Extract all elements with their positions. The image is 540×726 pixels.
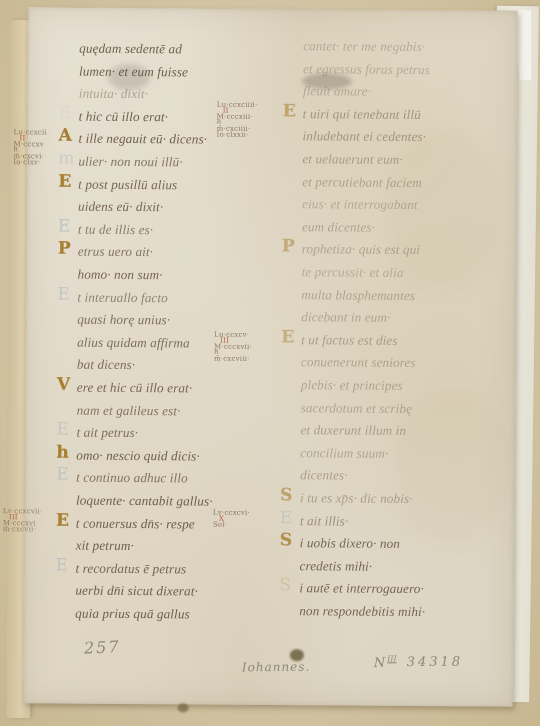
text-column-right: cantet· ter me negabis·et egressus foras… xyxy=(283,38,498,40)
text-line: homo· nescio quid dicis· xyxy=(56,447,200,470)
line-text: ulier· non noui illū· xyxy=(78,154,182,171)
line-text: etrus uero ait· xyxy=(78,244,153,261)
text-line: At ille negauit eū· dicens· xyxy=(58,131,207,154)
canon-gloss-row: Io·clxv· xyxy=(13,160,46,166)
text-line: Prophetiza· quis est qui xyxy=(282,241,420,264)
text-line: eius· et interrogabant xyxy=(282,196,418,219)
line-text: t ut factus est dies xyxy=(301,332,398,349)
text-line: quia prius quā gallus xyxy=(55,606,190,629)
line-text: t hic cū illo erat· xyxy=(79,108,169,125)
canon-gloss: Lv·ccxcvii·IIIM·cccxvim̄·cxcvii· xyxy=(3,508,43,533)
text-line: Et uiri qui tenebant illū xyxy=(283,106,421,129)
text-line: Si uobis dixero· non xyxy=(280,535,400,558)
line-text: eum dicentes· xyxy=(302,219,375,236)
text-line: dicebant in eum· xyxy=(281,309,390,332)
text-line: multa blasphemantes xyxy=(281,287,415,310)
text-line: Si autē et interrogauero· xyxy=(279,580,424,603)
canon-gloss-row: Sol· xyxy=(213,522,250,528)
line-text: multa blasphemantes xyxy=(301,287,415,304)
line-text: homo· non sum· xyxy=(78,267,163,284)
shelfmark-letter: N xyxy=(374,656,386,671)
text-line: intuita· dixit· xyxy=(59,86,148,109)
text-line: uidens eū· dixit· xyxy=(58,199,163,222)
text-line: Si tu es xp̄s· dic nobis· xyxy=(280,490,413,513)
line-text: plebis· et principes xyxy=(301,377,403,394)
initial-letter: P xyxy=(282,238,295,255)
canon-gloss-row: Io·clxxii· xyxy=(217,132,258,138)
text-line: fleuit amare· xyxy=(283,83,371,106)
shelfmark-number: 34318 xyxy=(407,655,464,671)
stain-spot xyxy=(178,703,189,712)
initial-letter: P xyxy=(58,241,71,258)
line-text: cantet· ter me negabis· xyxy=(303,38,425,55)
line-text: t ille negauit eū· dicens· xyxy=(78,131,207,148)
line-text: fleuit amare· xyxy=(303,83,371,99)
line-text: xit petrum· xyxy=(76,538,134,554)
text-line: Et hic cū illo erat· xyxy=(59,108,169,131)
text-line: homo· non sum· xyxy=(57,267,162,290)
text-line: et percutiebant faciem xyxy=(282,174,422,197)
initial-letter: E xyxy=(283,103,296,120)
text-line: concilium suum· xyxy=(280,445,388,468)
text-column-left: quędam sedentē adlumen· et eum fuisseint… xyxy=(59,41,259,42)
line-text: non respondebitis mihi· xyxy=(299,603,425,620)
initial-letter: E xyxy=(59,105,72,122)
line-text: loquente· cantabit gallus· xyxy=(76,493,213,510)
manuscript-photo: quędam sedentē adlumen· et eum fuisseint… xyxy=(0,0,540,726)
text-line: credetis mihi· xyxy=(279,558,372,581)
initial-letter: h xyxy=(56,444,69,461)
line-text: t recordatus ē petrus xyxy=(75,560,186,577)
line-text: rophetiza· quis est qui xyxy=(302,242,420,259)
initial-letter: A xyxy=(58,128,71,145)
line-text: uerbi dn̄i sicut dixerat· xyxy=(75,583,198,600)
folio-number: 257 xyxy=(84,637,121,658)
text-line: lumen· et eum fuisse xyxy=(59,63,188,86)
text-line: Et interuallo facto xyxy=(57,289,168,312)
text-line: inludebant ei cedentes· xyxy=(282,128,426,151)
line-text: t interuallo facto xyxy=(77,289,168,306)
canon-gloss: Lu·ccxciiii·IIM·cccxiii·Rm̄·cxciiii·Io·c… xyxy=(217,102,258,139)
initial-letter: E xyxy=(56,422,69,439)
line-text: quasi horę unius· xyxy=(77,312,170,329)
line-text: t post pusillū alius xyxy=(78,176,177,193)
line-text: quędam sedentē ad xyxy=(79,41,182,58)
text-line: Et conuersus dn̄s· respe xyxy=(56,515,195,538)
canon-gloss-row: m̄·cxcvii· xyxy=(3,526,42,532)
text-line: mulier· non noui illū· xyxy=(58,154,182,177)
initial-letter: E xyxy=(58,173,71,190)
text-line: Et ut factus est dies xyxy=(281,332,398,355)
canon-gloss-row: M·cccxiii· xyxy=(217,114,258,120)
line-text: credetis mihi· xyxy=(299,558,372,575)
canon-glosses: Lu·ccxciiIIM·cccxvRm̄·cxcvi·Io·clxv·Lu·c… xyxy=(28,7,517,10)
text-line: alius quidam affirma xyxy=(57,334,190,357)
line-text: te percussit· et alia xyxy=(302,264,404,281)
line-text: i autē et interrogauero· xyxy=(299,581,424,598)
text-line: plebis· et principes xyxy=(281,377,403,400)
text-line: Et tu de illis es· xyxy=(58,221,153,244)
line-text: t continuo adhuc illo xyxy=(76,470,188,487)
line-text: lumen· et eum fuisse xyxy=(79,63,188,80)
initial-letter: E xyxy=(56,512,69,529)
text-line: quędam sedentē ad xyxy=(59,41,182,64)
line-text: dicentes· xyxy=(300,468,348,484)
line-text: inludebant ei cedentes· xyxy=(302,129,426,146)
text-line: cantet· ter me negabis· xyxy=(283,38,425,61)
line-text: intuita· dixit· xyxy=(79,86,148,102)
line-text: t ait petrus· xyxy=(76,425,138,441)
initial-letter: E xyxy=(55,557,68,574)
shelfmark-note: NIII34318 xyxy=(374,654,463,671)
text-line: te percussit· et alia xyxy=(281,264,403,287)
line-text: i tu es xp̄s· dic nobis· xyxy=(300,490,413,507)
line-text: nam et galileus est· xyxy=(77,402,181,419)
canon-gloss: Lv·ccxcvi·XSol· xyxy=(213,510,250,529)
text-line: uerbi dn̄i sicut dixerat· xyxy=(55,583,198,606)
initial-letter: S xyxy=(280,487,293,504)
initial-letter: S xyxy=(280,532,293,549)
line-text: eius· et interrogabant xyxy=(302,196,418,213)
initial-letter: E xyxy=(281,329,294,346)
initial-letter: S xyxy=(279,577,291,594)
line-text: uidens eū· dixit· xyxy=(78,199,163,216)
text-line: et uelauerunt eum· xyxy=(282,151,402,174)
initial-letter: E xyxy=(280,510,293,527)
line-text: omo· nescio quid dicis· xyxy=(76,447,200,464)
canon-gloss-row: M·cccxvii· xyxy=(214,344,252,350)
initial-letter: E xyxy=(58,218,71,235)
canon-gloss-row: m̄·cxcviii· xyxy=(214,356,252,362)
text-line: et duxerunt illum in xyxy=(280,422,406,445)
text-line: quasi horę unius· xyxy=(57,312,170,335)
text-line: Vere et hic cū illo erat· xyxy=(57,380,193,403)
line-text: i uobis dixero· non xyxy=(300,535,400,552)
initial-letter: V xyxy=(57,377,70,394)
line-text: t uiri qui tenebant illū xyxy=(303,106,421,123)
text-line: Petrus uero ait· xyxy=(58,244,154,267)
text-line: nam et galileus est· xyxy=(57,402,181,425)
line-text: bat dicens· xyxy=(77,357,135,373)
text-line: non respondebitis mihi· xyxy=(279,603,425,626)
initial-letter: m xyxy=(58,151,74,168)
canon-gloss-row: M·cccxv xyxy=(13,141,46,147)
line-text: et duxerunt illum in xyxy=(300,422,406,439)
text-line: sacerdotum et scribę xyxy=(281,400,413,423)
line-text: t ait illis· xyxy=(300,513,349,529)
text-line: loquente· cantabit gallus· xyxy=(56,493,213,516)
text-line: et egressus foras petrus xyxy=(283,61,430,84)
line-text: alius quidam affirma xyxy=(77,334,190,351)
canon-gloss: Lu·ccxciiIIM·cccxvRm̄·cxcvi·Io·clxv· xyxy=(13,129,47,166)
line-text: ere et hic cū illo erat· xyxy=(77,380,193,397)
initial-letter: E xyxy=(56,467,69,484)
text-line: Et continuo adhuc illo xyxy=(56,470,188,493)
line-text: t conuersus dn̄s· respe xyxy=(76,515,195,532)
shelfmark-superscript: III xyxy=(387,654,397,663)
line-text: et egressus foras petrus xyxy=(303,61,430,78)
canon-gloss: Lu·ccxcv·IIIM·cccxvii·Rm̄·cxcviii· xyxy=(214,332,252,363)
line-text: et percutiebant faciem xyxy=(302,174,422,191)
text-line: eum dicentes· xyxy=(282,219,375,242)
initial-letter: E xyxy=(57,286,70,303)
pencil-note-iohannes: Iohannes. xyxy=(242,660,311,675)
line-text: conuenerunt seniores xyxy=(301,355,416,372)
line-text: t tu de illis es· xyxy=(78,221,153,238)
line-text: concilium suum· xyxy=(300,445,388,462)
line-text: quia prius quā gallus xyxy=(75,606,190,623)
line-text: dicebant in eum· xyxy=(301,309,390,326)
text-line: Et post pusillū alius xyxy=(58,176,177,199)
text-line: conuenerunt seniores xyxy=(281,354,416,377)
manuscript-page: quędam sedentē adlumen· et eum fuisseint… xyxy=(24,7,518,706)
text-line: Et recordatus ē petrus xyxy=(55,560,186,583)
line-text: et uelauerunt eum· xyxy=(302,151,402,168)
line-text: sacerdotum et scribę xyxy=(301,400,412,417)
